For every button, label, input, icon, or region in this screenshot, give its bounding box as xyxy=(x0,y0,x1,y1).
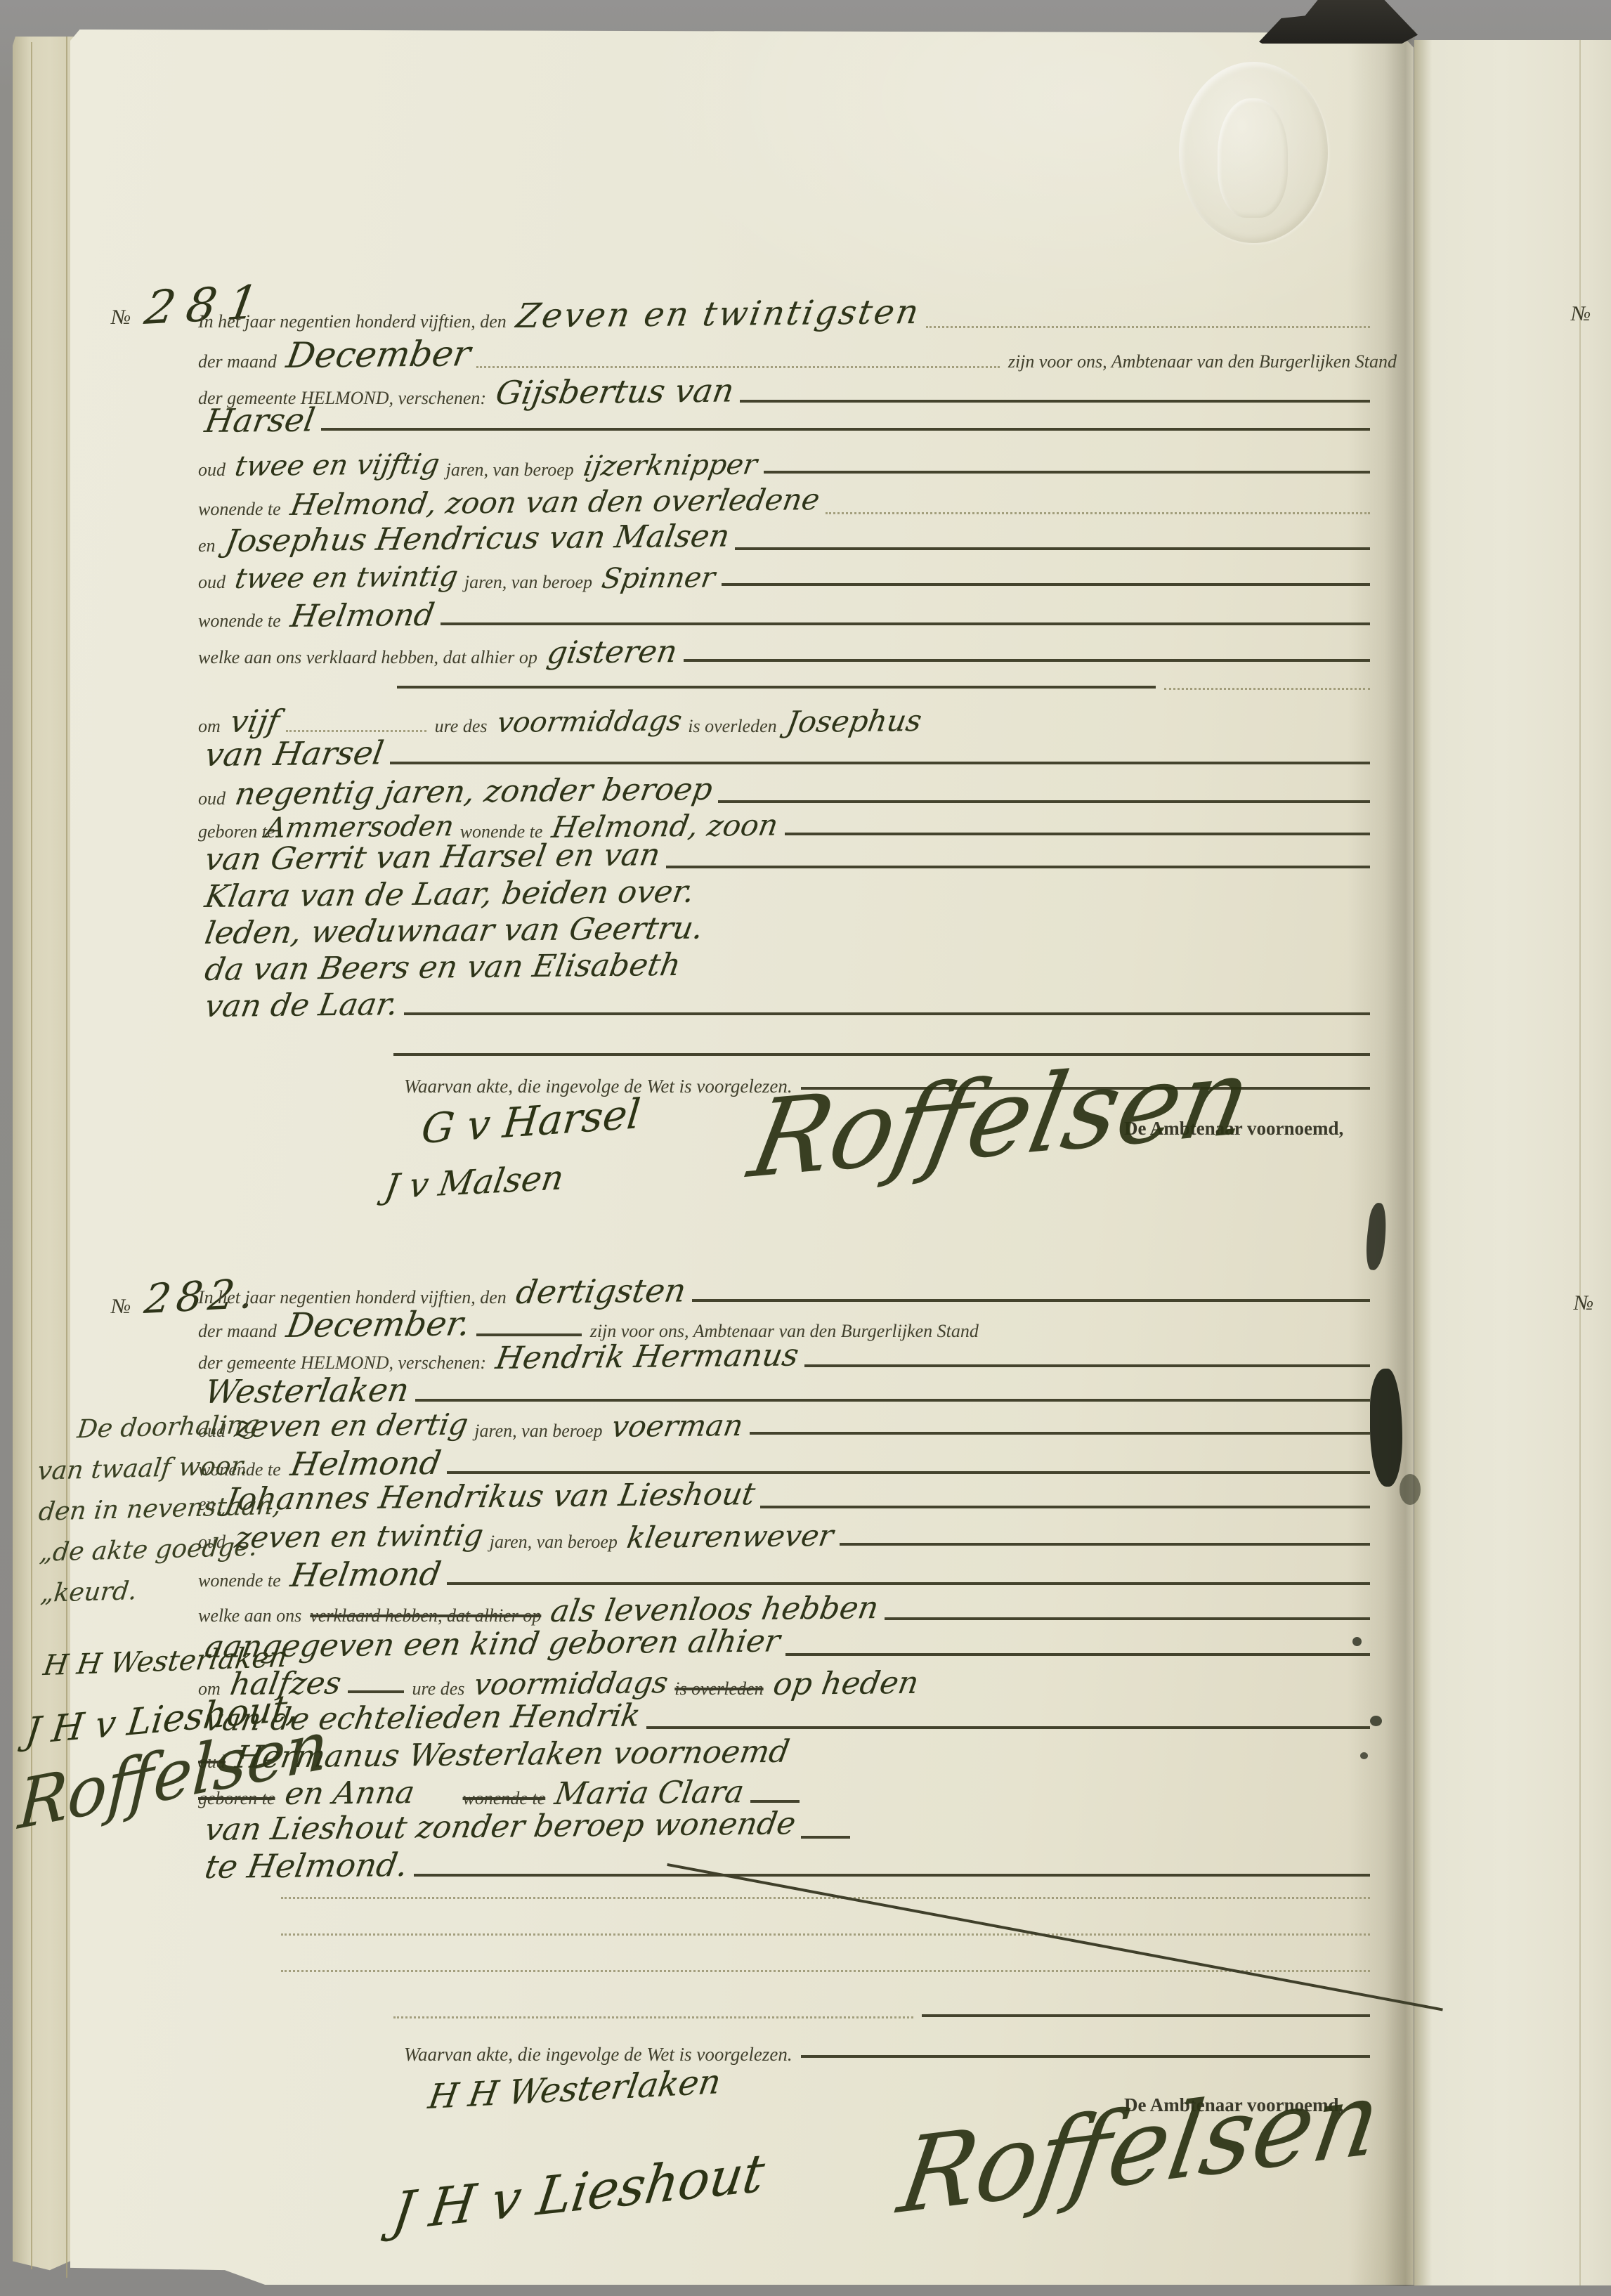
next-page-numero-sign: № xyxy=(1571,302,1591,326)
printed-label: ure des xyxy=(412,1679,465,1698)
form-line: geboren te en Anna wonende te Maria Clar… xyxy=(198,1780,1370,1809)
form-line: van de echtelieden Hendrik xyxy=(204,1706,1370,1735)
rule-line xyxy=(801,2055,1370,2058)
form-line: Klara van de Laar, beiden over. xyxy=(204,882,1370,912)
printed-label: jaren, van beroep xyxy=(446,460,574,479)
dotted-line xyxy=(393,2016,913,2018)
form-line: Harsel xyxy=(204,406,1370,437)
handwritten-entry: December. xyxy=(284,1308,472,1342)
filler-rule xyxy=(397,685,1370,695)
rule-line xyxy=(476,1333,582,1336)
printed-label: oud xyxy=(198,460,226,479)
handwritten-entry: Gijsbertus van xyxy=(494,375,736,408)
handwritten-entry: kleurenwever xyxy=(625,1522,835,1552)
printed-label: om xyxy=(198,717,221,736)
form-line: van Gerrit van Harsel en van xyxy=(204,845,1370,875)
next-page-sheet xyxy=(1414,40,1611,2285)
dotted-line xyxy=(826,512,1370,514)
dotted-line xyxy=(281,1933,1370,1936)
rule-line xyxy=(646,1726,1370,1729)
printed-label: jaren, van beroep xyxy=(464,573,592,592)
rule-line xyxy=(922,2014,1370,2017)
form-line: aangegeven een kind geboren alhier xyxy=(204,1633,1370,1662)
printed-label: en xyxy=(198,536,216,555)
printed-label: zijn voor ons, Ambtenaar van den Burgerl… xyxy=(1008,352,1397,371)
ink-blot xyxy=(1352,1637,1362,1646)
rule-line xyxy=(414,1874,1370,1877)
printed-label: ure des xyxy=(435,717,488,736)
handwritten-entry: aangegeven een kind geboren alhier xyxy=(203,1626,783,1662)
form-line: wonende te Helmond xyxy=(198,1449,1370,1480)
form-line: leden, weduwnaar van Geertru. xyxy=(204,919,1370,948)
rule-line xyxy=(348,1690,404,1693)
handwritten-entry: Harsel xyxy=(203,405,318,436)
form-line: welke aan ons verklaard hebben, dat alhi… xyxy=(198,639,1370,668)
rule-line xyxy=(718,800,1370,803)
form-line: van Lieshout zonder beroep wonende xyxy=(204,1815,1370,1845)
form-line: da van Beers en van Elisabeth xyxy=(204,955,1370,985)
printed-label: is overleden xyxy=(688,717,776,736)
handwritten-entry: Josephus xyxy=(784,707,923,736)
rule-line xyxy=(840,1543,1370,1546)
rule-line xyxy=(885,1617,1370,1620)
handwritten-entry: twee en vijftig xyxy=(233,451,441,480)
handwritten-entry: van Harsel xyxy=(203,738,386,770)
handwritten-entry: Hendrik Hermanus xyxy=(494,1341,801,1374)
handwritten-entry: te Helmond. xyxy=(203,1850,410,1883)
handwritten-entry: ijzerknipper xyxy=(582,451,759,480)
rule-line xyxy=(692,1299,1370,1302)
dotted-line xyxy=(281,1970,1370,1972)
printed-label: oud xyxy=(198,573,226,592)
printed-label: Waarvan akte, die ingevolge de Wet is vo… xyxy=(404,2044,793,2064)
rule-line xyxy=(801,1836,850,1839)
form-line: en Josephus Hendricus van Malsen xyxy=(198,527,1370,556)
rule-line xyxy=(684,659,1370,662)
form-line: van Harsel xyxy=(204,740,1370,771)
rule-line xyxy=(666,866,1370,868)
printed-label-struck: wonende te xyxy=(463,1789,546,1808)
form-line: om halfzes ure des voormiddags is overle… xyxy=(198,1670,1370,1700)
margin-note: De doorhaling van twaalf woor. den in ne… xyxy=(36,1402,350,1614)
printed-label: In het jaar negentien honderd vijftien, … xyxy=(198,312,507,331)
ink-blot xyxy=(1360,1752,1368,1759)
printed-label: wonende te xyxy=(198,500,281,518)
form-line: oud twee en vijftig jaren, van beroep ij… xyxy=(198,453,1370,480)
handwritten-entry: negentig jaren, zonder beroep xyxy=(233,775,715,809)
rule-line xyxy=(415,1399,1370,1402)
handwritten-entry: Spinner xyxy=(600,564,717,592)
form-line: oud Hermanus Westerlaken voornoemd xyxy=(198,1743,1370,1773)
binding-clamp xyxy=(1259,0,1418,44)
handwritten-entry: December xyxy=(284,337,473,372)
numero-sign: № xyxy=(111,306,131,330)
rule-line xyxy=(441,622,1370,625)
rule-line xyxy=(390,762,1370,764)
ink-blot xyxy=(1400,1474,1421,1505)
rule-line xyxy=(804,1364,1370,1367)
form-line: wonende te Helmond xyxy=(198,602,1370,632)
dotted-line xyxy=(281,1897,1370,1899)
empty-form-line xyxy=(281,1970,1370,1977)
handwritten-entry: Westerlaken xyxy=(203,1375,412,1408)
register-page-scan: № 281 In het jaar negentien honderd vijf… xyxy=(0,0,1611,2296)
handwritten-entry: als levenloos hebben xyxy=(549,1593,881,1626)
form-line: In het jaar negentien honderd vijftien, … xyxy=(198,301,1370,333)
handwritten-entry: gisteren xyxy=(544,637,679,668)
handwritten-entry: Helmond, zoon xyxy=(550,811,781,842)
printed-label-struck: verklaard hebben, dat alhier op xyxy=(310,1606,541,1625)
printed-label: wonende te xyxy=(198,611,281,630)
printed-label-struck: is overleden xyxy=(674,1679,763,1698)
rule-line xyxy=(785,1653,1370,1656)
printed-label: der maand xyxy=(198,352,277,371)
rule-line xyxy=(447,1582,1370,1585)
form-line: welke aan ons verklaard hebben, dat alhi… xyxy=(198,1597,1370,1626)
form-line: en Johannes Hendrikus van Lieshout xyxy=(198,1485,1370,1515)
form-line: In het jaar negentien honderd vijftien, … xyxy=(198,1277,1370,1308)
handwritten-entry: Helmond, zoon van den overledene xyxy=(288,485,821,519)
rule-line xyxy=(404,1012,1370,1015)
page-edge-stack xyxy=(13,37,80,2279)
handwritten-entry: van de Laar. xyxy=(203,990,400,1022)
printed-label: jaren, van beroep xyxy=(474,1421,602,1440)
handwritten-entry: Klara van de Laar, beiden over. xyxy=(203,878,696,912)
form-line: van de Laar. xyxy=(204,992,1370,1022)
rule-line xyxy=(321,428,1370,431)
printed-label: der maand xyxy=(198,1322,277,1341)
handwritten-entry: op heden xyxy=(771,1669,920,1700)
printed-label: jaren, van beroep xyxy=(490,1532,618,1551)
ink-blot xyxy=(1370,1716,1382,1726)
form-line: der gemeente HELMOND, verschenen: Gijsbe… xyxy=(198,378,1370,409)
page-edge-line xyxy=(31,42,32,2269)
handwritten-entry: da van Beers en van Elisabeth xyxy=(203,951,683,985)
empty-form-line xyxy=(281,1897,1370,1904)
form-line: der gemeente HELMOND, verschenen: Hendri… xyxy=(198,1344,1370,1374)
form-line: wonende te Helmond, zoon van den overled… xyxy=(198,491,1370,519)
rule-line xyxy=(447,1471,1370,1474)
rule-line xyxy=(750,1800,800,1803)
handwritten-entry: van Gerrit van Harsel en van xyxy=(203,840,663,875)
handwritten-entry: vijf xyxy=(228,707,281,737)
form-line: oud zeven en dertig jaren, van beroep vo… xyxy=(198,1413,1370,1441)
numero-sign: № xyxy=(111,1295,131,1319)
rule-line xyxy=(397,686,1156,689)
next-page-crease xyxy=(1579,40,1581,2285)
handwritten-entry: Zeven en twintigsten xyxy=(514,296,922,333)
rule-line xyxy=(785,833,1370,835)
form-line: Westerlaken xyxy=(204,1377,1370,1408)
rule-line xyxy=(722,583,1370,586)
next-page-numero-sign: № xyxy=(1574,1291,1593,1315)
rule-line xyxy=(750,1432,1370,1435)
form-line: oud twee en twintig jaren, van beroep Sp… xyxy=(198,566,1370,592)
form-line: oud negentig jaren, zonder beroep xyxy=(198,780,1370,809)
rule-line xyxy=(740,400,1370,403)
dotted-line xyxy=(1164,688,1370,690)
embossed-crest-icon xyxy=(1218,98,1288,218)
dotted-line xyxy=(926,326,1370,328)
margin-note-line: „keurd. xyxy=(39,1565,352,1615)
form-line: om vijf ure des voormiddags is overleden… xyxy=(198,707,1370,737)
handwritten-entry: Ammersoden xyxy=(263,813,455,842)
handwritten-entry: voerman xyxy=(610,1411,745,1441)
handwritten-entry: voormiddags xyxy=(472,1669,670,1699)
handwritten-entry: Josephus Hendricus van Malsen xyxy=(223,522,731,556)
handwritten-entry: Helmond xyxy=(288,601,436,632)
page-edge-line xyxy=(66,37,67,2278)
handwritten-entry: twee en twintig xyxy=(233,563,460,592)
handwritten-entry: dertigsten xyxy=(514,1275,688,1307)
dotted-line xyxy=(476,366,1000,368)
handwritten-entry: van Lieshout zonder beroep wonende xyxy=(203,1809,798,1845)
rule-line xyxy=(760,1506,1370,1508)
form-line: geboren te Ammersoden wonende te Helmond… xyxy=(198,814,1370,842)
rule-line xyxy=(764,471,1370,474)
form-line: te Helmond. xyxy=(204,1852,1370,1883)
handwritten-entry: leden, weduwnaar van Geertru. xyxy=(203,914,705,948)
section-rule xyxy=(393,2014,1370,2023)
dotted-line xyxy=(286,730,426,732)
handwritten-entry: voormiddags xyxy=(495,707,684,736)
form-line: der maand December zijn voor ons, Ambten… xyxy=(198,339,1397,373)
form-line: oud zeven en twintig jaren, van beroep k… xyxy=(198,1524,1370,1552)
printed-label: welke aan ons verklaard hebben, dat alhi… xyxy=(198,648,537,667)
closing-line: Waarvan akte, die ingevolge de Wet is vo… xyxy=(404,2044,1370,2064)
form-line: wonende te Helmond xyxy=(198,1560,1370,1591)
ink-blot xyxy=(1370,1369,1402,1487)
printed-label: der gemeente HELMOND, verschenen: xyxy=(198,1353,486,1372)
rule-line xyxy=(735,547,1370,550)
empty-form-line xyxy=(281,1933,1370,1940)
printed-label: oud xyxy=(198,789,226,808)
handwritten-entry: Maria Clara xyxy=(553,1778,746,1809)
